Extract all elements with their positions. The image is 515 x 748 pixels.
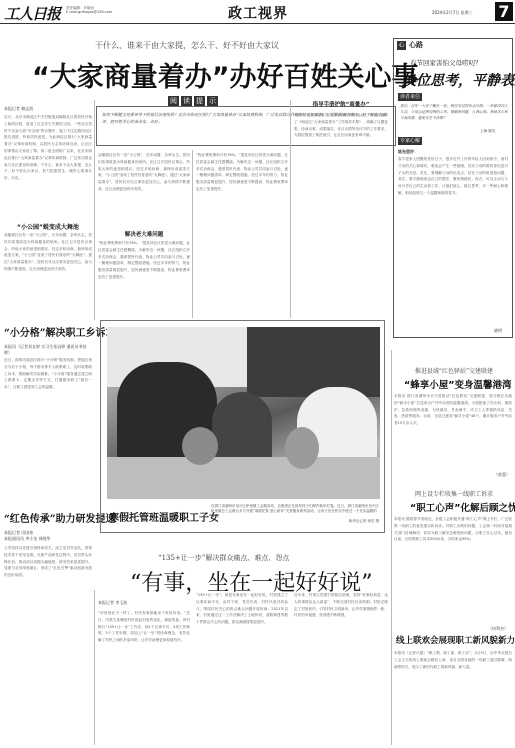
story-xinsheng-source: （何利杰） bbox=[488, 626, 508, 632]
story-xinsheng-headline: “职工心声”化解后顾之忧 bbox=[410, 500, 515, 514]
bottom-kicker: “135+让一步”解决群众痛点、难点、怨点 bbox=[158, 553, 289, 563]
page-number: 7 bbox=[495, 2, 513, 21]
photo-credit: 新华社记者 徐昱 摄 bbox=[211, 519, 379, 524]
column-rule bbox=[94, 100, 95, 320]
expert-answer-tag: 专家心解 bbox=[398, 137, 422, 145]
lead-col1-text: 近日，北京市海淀区中关村街道双榆树社区的居民开始了新的议程，改造了过去年久失修的… bbox=[4, 114, 92, 220]
lead-subhead-1: “小公园”蜕变成大舞池 bbox=[4, 222, 92, 231]
advice-column-header: 心 心路 bbox=[397, 40, 423, 50]
column-rule bbox=[192, 150, 193, 318]
column-rule bbox=[391, 350, 392, 745]
reader-letter-tag: 读者来信 bbox=[398, 93, 422, 101]
bottom-col3-text: 近年来，村里以党建引领基层治理，坚持“有事好商量、众人的事情由众人商量”，不断完… bbox=[294, 592, 388, 744]
lead-col1b-text: 双榆树社区有一处“小公园”，长年闲置，杂草丛生。居民们希望改造为休闲健身的场所。… bbox=[4, 232, 92, 322]
photo-caption: 在浙江省湖州市吴兴区织里镇工会服务站，志愿者正在指导孩子们制作新年灯笼。近日，浙… bbox=[211, 504, 379, 524]
newspaper-logo: 工人日报 bbox=[4, 3, 60, 24]
story-lianhuan-headline: 线上联欢会展现职工新风貌新力量 bbox=[396, 634, 515, 646]
news-photo bbox=[107, 327, 380, 499]
column-rule bbox=[290, 100, 291, 318]
story-fengxiang-text: 本报讯 浙江省湖州市长兴县推动“红色驿站”交建联建，将分散在各地的“蜂享小屋”打… bbox=[394, 393, 512, 471]
photo-title: 寒假托管班温暖职工子女 bbox=[109, 509, 219, 524]
photo-frame: 寒假托管班温暖职工子女 在浙江省湖州市吴兴区织里镇工会服务站，志愿者正在指导孩子… bbox=[100, 320, 385, 533]
reader-letter-text: 您好，过年一大家子聚在一起，我在家过得有点压抑。一年都没回去几次，父母总是唠叨我… bbox=[400, 103, 508, 121]
advice-question: 春节回家害怕父母唠叨？ bbox=[410, 58, 482, 67]
expert-signature: 晓明 bbox=[494, 328, 502, 334]
advice-headline: 换位思考，平静表达 bbox=[402, 70, 515, 90]
photo-table bbox=[107, 457, 380, 499]
story-hongse-byline: 本报记者 田国垒 本报通讯员 李小龙 周晓华 bbox=[4, 530, 92, 542]
heart-column-icon: 心 bbox=[397, 41, 406, 50]
expert-greeting: 陈先您好： bbox=[398, 149, 418, 155]
photo-lantern-1 bbox=[182, 427, 218, 465]
reader-signature: 上海 陈先 bbox=[480, 129, 496, 134]
photo-background bbox=[247, 327, 380, 397]
lead-kicker: 干什么、谁来干由大家提，怎么干、好不好由大家议 bbox=[95, 40, 279, 51]
story-xinsheng-text: 本报讯 随着春节的临近，各级工会积极开通“职工心声”网上专栏，广泛收集一线职工的… bbox=[394, 516, 512, 626]
issue-date: 2024年2月7日 星期三 bbox=[432, 10, 473, 16]
expert-answer-text: 春节是家人团聚的美好日子，很多在外工作的年轻人回到家中，面对父母的关心和唠叨，难… bbox=[398, 156, 508, 326]
lead-headline: “大家商量着办”办好百姓关心事 bbox=[32, 55, 419, 94]
photo-caption-text: 在浙江省湖州市吴兴区织里镇工会服务站，志愿者正在指导孩子们制作新年灯笼。近日，浙… bbox=[211, 504, 379, 518]
story-hongse-headline: “红色传承”助力研发提速 bbox=[4, 510, 92, 525]
lead-col4-text: 为推动“大家商量着办”议事协商机制规范运行，海淀区编制了《海淀区“大家商量着办”… bbox=[294, 112, 388, 316]
masthead: 工人日报 责任编辑：乡晓讯 E-mail:grrbzgxs@126.com 政工… bbox=[0, 0, 515, 22]
bottom-col2-text: “135+让一步”，就是有事坐在一起好好说。村里建立了议事协商平台，由村干部、党… bbox=[196, 592, 288, 744]
photo-lantern-2 bbox=[285, 427, 319, 469]
story-hongse-text: 公司坚持以党建引领科研攻关，成立党员突击队，带领技术骨干攻坚克难。在新产品研发过… bbox=[4, 545, 92, 745]
story-xiaofenge-byline: 本报讯（记者刘友婷 实习生张冠婷 通讯员李舒婷） bbox=[4, 344, 92, 356]
story-fengxiang-source: （裘蕾） bbox=[494, 472, 510, 478]
lead-col3-text: “物业费收费率只有76%。”提及该社区的老大难问题，社区居委会副主任感慨道。为解… bbox=[196, 152, 288, 316]
story-fengxiang-headline: “蜂享小屋”变身温馨港湾 bbox=[404, 377, 512, 391]
bottom-byline: 本报记者 李玉波 bbox=[98, 600, 127, 606]
editor-email: E-mail:grrbzgxs@126.com bbox=[66, 10, 112, 14]
editor-info: 责任编辑：乡晓讯 E-mail:grrbzgxs@126.com bbox=[66, 6, 112, 14]
story-fengxiang-kicker: 推进县域“红色驿站”交建联建 bbox=[398, 366, 510, 375]
story-xiaofenge-headline: “小分格”解决职工乡诉求 bbox=[4, 324, 92, 339]
lead-subhead-2: 解决老大难问题 bbox=[98, 230, 190, 238]
lead-col2b-text: “物业费收费率只有76%。”提及该社区的老大难问题，社区居委会副主任感慨道。为解… bbox=[98, 240, 190, 316]
masthead-rule bbox=[0, 23, 515, 24]
lead-byline: 本报记者 赖志凯 bbox=[4, 106, 33, 112]
lead-col2-text: 双榆树社区有一处“小公园”，长年闲置，杂草丛生。居民们希望改造为休闲健身的场所。… bbox=[98, 152, 190, 228]
column-name: 心路 bbox=[409, 40, 423, 50]
story-xiaofenge-text: 近日，深圳市福田区推行“小分格”服务机制，把辖区划分为若干小格，每个格安排专人联… bbox=[4, 357, 92, 507]
section-title: 政工视界 bbox=[228, 3, 288, 23]
lead-subhead-3: 指导手册护航“商量办” bbox=[294, 100, 388, 108]
story-lianhuan-text: 本报讯（记者卢越）“职工唱、职工演、职工乐”，2月5日，由中华全国总工会主办的线… bbox=[394, 650, 512, 745]
story-xinsheng-kicker: 网上设专栏收集一线职工诉求 bbox=[398, 489, 510, 498]
bottom-col1-text: “村里现在不一样了，村民有事都能坐下来好好说。”近日，内蒙古某嘎查村民说起村里的… bbox=[98, 610, 190, 744]
column-rule bbox=[94, 590, 95, 745]
